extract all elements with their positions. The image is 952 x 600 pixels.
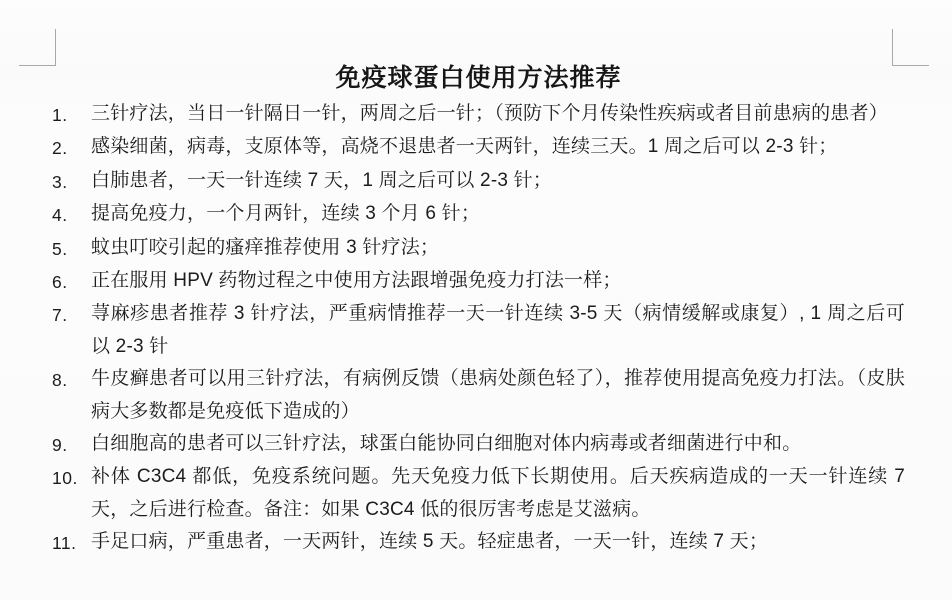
list-item-number: 10.: [52, 461, 91, 494]
list-item-number: 7.: [52, 298, 91, 331]
list-item-number: 5.: [52, 232, 91, 265]
list-item-text: 荨麻疹患者推荐 3 针疗法，严重病情推荐一天一针连续 3-5 天（病情缓解或康复…: [91, 298, 905, 363]
list-item-text: 蚊虫叮咬引起的瘙痒推荐使用 3 针疗法；: [91, 232, 905, 264]
list-item-number: 4.: [52, 198, 91, 231]
list-item: 7. 荨麻疹患者推荐 3 针疗法，严重病情推荐一天一针连续 3-5 天（病情缓解…: [52, 298, 905, 363]
list-item: 11. 手足口病，严重患者，一天两针，连续 5 天。轻症患者，一天一针，连续 7…: [52, 526, 905, 559]
list-item-number: 8.: [52, 363, 91, 396]
list-item: 2. 感染细菌，病毒，支原体等，高烧不退患者一天两针，连续三天。1 周之后可以 …: [52, 131, 905, 164]
list-item: 10. 补体 C3C4 都低，免疫系统问题。先天免疫力低下长期使用。后天疾病造成…: [52, 461, 905, 526]
list-item: 8. 牛皮癣患者可以用三针疗法，有病例反馈（患病处颜色轻了），推荐使用提高免疫力…: [52, 363, 905, 428]
document-content: 免疫球蛋白使用方法推荐 1. 三针疗法，当日一针隔日一针，两周之后一针；（预防下…: [52, 60, 905, 560]
list-item: 4. 提高免疫力，一个月两针，连续 3 个月 6 针；: [52, 198, 905, 231]
crop-mark-top-left-icon: [19, 29, 56, 66]
list-item-text: 提高免疫力，一个月两针，连续 3 个月 6 针；: [91, 198, 905, 230]
list-item-number: 2.: [52, 131, 91, 164]
list-item: 9. 白细胞高的患者可以三针疗法，球蛋白能协同白细胞对体内病毒或者细菌进行中和。: [52, 428, 905, 461]
list-item-text: 白肺患者，一天一针连续 7 天，1 周之后可以 2-3 针；: [91, 165, 905, 197]
list-item-text: 手足口病，严重患者，一天两针，连续 5 天。轻症患者，一天一针，连续 7 天；: [91, 526, 905, 558]
list-item-text: 牛皮癣患者可以用三针疗法，有病例反馈（患病处颜色轻了），推荐使用提高免疫力打法。…: [91, 363, 905, 428]
list-item-text: 感染细菌，病毒，支原体等，高烧不退患者一天两针，连续三天。1 周之后可以 2-3…: [91, 131, 905, 163]
list-item-text: 正在服用 HPV 药物过程之中使用方法跟增强免疫力打法一样；: [91, 265, 905, 297]
list-item: 3. 白肺患者，一天一针连续 7 天，1 周之后可以 2-3 针；: [52, 165, 905, 198]
list-item: 6. 正在服用 HPV 药物过程之中使用方法跟增强免疫力打法一样；: [52, 265, 905, 298]
document-page: 免疫球蛋白使用方法推荐 1. 三针疗法，当日一针隔日一针，两周之后一针；（预防下…: [0, 0, 952, 600]
list-item-text: 补体 C3C4 都低，免疫系统问题。先天免疫力低下长期使用。后天疾病造成的一天一…: [91, 461, 905, 526]
list-item: 5. 蚊虫叮咬引起的瘙痒推荐使用 3 针疗法；: [52, 232, 905, 265]
list-item-number: 6.: [52, 265, 91, 298]
list-item-number: 1.: [52, 98, 91, 131]
list-item-number: 3.: [52, 165, 91, 198]
list-item-number: 9.: [52, 428, 91, 461]
list-item-text: 三针疗法，当日一针隔日一针，两周之后一针；（预防下个月传染性疾病或者目前患病的患…: [91, 98, 905, 130]
list-item-text: 白细胞高的患者可以三针疗法，球蛋白能协同白细胞对体内病毒或者细菌进行中和。: [91, 428, 905, 460]
list-item: 1. 三针疗法，当日一针隔日一针，两周之后一针；（预防下个月传染性疾病或者目前患…: [52, 98, 905, 131]
page-title: 免疫球蛋白使用方法推荐: [52, 60, 905, 98]
list-item-number: 11.: [52, 526, 91, 559]
numbered-list: 1. 三针疗法，当日一针隔日一针，两周之后一针；（预防下个月传染性疾病或者目前患…: [52, 98, 905, 560]
